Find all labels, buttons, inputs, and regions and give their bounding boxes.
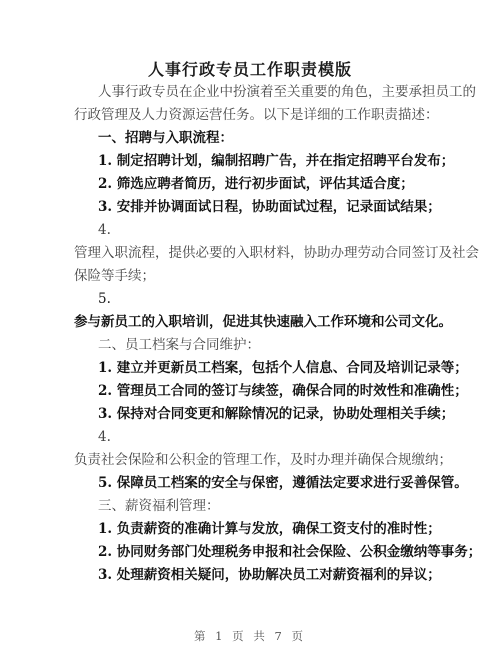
section-2-item-4-number: 4. — [98, 428, 111, 446]
section-2-item-1: 1. 建立并更新员工档案，包括个人信息、合同及培训记录等； — [98, 359, 468, 377]
section-1-item-1: 1. 制定招聘计划，编制招聘广告，并在指定招聘平台发布； — [98, 152, 454, 170]
section-2-heading: 二、员工档案与合同维护： — [98, 336, 260, 354]
section-1-item-5-text: 参与新员工的入职培训，促进其快速融入工作环境和公司文化。 — [74, 313, 452, 331]
document-title: 人事行政专员工作职责模版 — [0, 57, 500, 80]
intro-line-1: 人事行政专员在企业中扮演着至关重要的角色，主要承担员工的 — [98, 83, 476, 101]
section-1-item-2: 2. 筛选应聘者简历，进行初步面试，评估其适合度； — [98, 175, 414, 193]
section-1-item-4-line-1: 管理入职流程，提供必要的入职材料，协助办理劳动合同签订及社会 — [74, 244, 479, 262]
section-2-item-4-text: 负责社会保险和公积金的管理工作，及时办理并确保合规缴纳； — [74, 451, 452, 469]
section-1-item-5-number: 5. — [98, 290, 111, 308]
section-3-item-1: 1. 负责薪资的准确计算与发放，确保工资支付的准时性； — [98, 520, 441, 538]
section-1-item-4-line-2: 保险等手续； — [74, 267, 155, 285]
section-2-item-5: 5. 保障员工档案的安全与保密，遵循法定要求进行妥善保管。 — [98, 474, 468, 492]
document-page: 人事行政专员工作职责模版 人事行政专员在企业中扮演着至关重要的角色，主要承担员工… — [0, 0, 500, 647]
page-number-footer: 第 1 页 共 7 页 — [0, 628, 500, 644]
section-1-heading: 一、招聘与入职流程： — [98, 129, 233, 147]
section-3-item-2: 2. 协同财务部门处理税务申报和社会保险、公积金缴纳等事务； — [98, 543, 481, 561]
section-3-item-3: 3. 处理薪资相关疑问，协助解决员工对薪资福利的异议； — [98, 566, 441, 584]
section-2-item-2: 2. 管理员工合同的签订与续签，确保合同的时效性和准确性； — [98, 382, 468, 400]
section-1-item-3: 3. 安排并协调面试日程，协助面试过程，记录面试结果； — [98, 198, 441, 216]
section-1-item-4-number: 4. — [98, 221, 111, 239]
section-2-item-3: 3. 保持对合同变更和解除情况的记录，协助处理相关手续； — [98, 405, 454, 423]
section-3-heading: 三、薪资福利管理： — [98, 497, 220, 515]
intro-line-2: 行政管理及人力资源运营任务。以下是详细的工作职责描述： — [74, 106, 439, 124]
